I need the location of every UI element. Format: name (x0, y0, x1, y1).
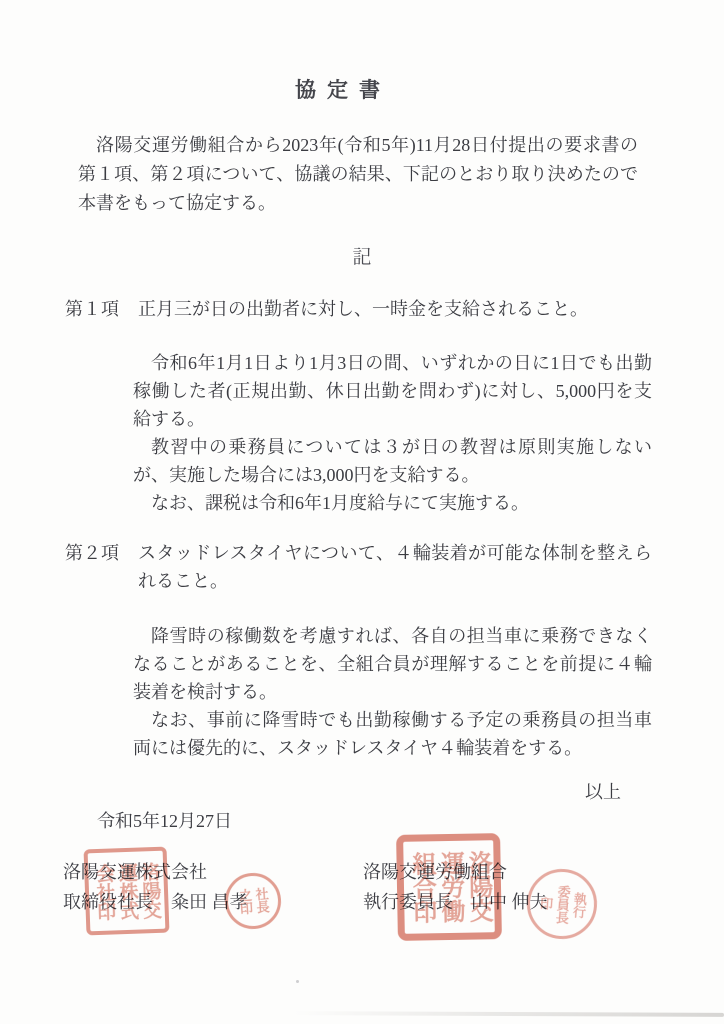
clause-1-heading: 正月三が日の出勤者に対し、一時金を支給されること。 (138, 295, 652, 323)
clause-1-paragraph-3: なお、課税は令和6年1月度給与にて実施する。 (133, 489, 652, 517)
clause-1-label: 第１項 (65, 295, 138, 323)
clause-2-paragraph-1: 降雪時の稼働数を考慮すれば、各自の担当車に乗務できなくなることがあることを、全組… (133, 622, 652, 706)
intro-paragraph: 洛陽交運労働組合から2023年(令和5年)11月28日付提出の要求書の第１項、第… (78, 131, 638, 218)
clause-2: 第２項 スタッドレスタイヤについて、４輪装着が可能な体制を整えられること。 (65, 539, 652, 595)
clause-2-detail: 降雪時の稼働数を考慮すれば、各自の担当車に乗務できなくなることがあることを、全組… (133, 622, 652, 762)
seal-text-column: 社長 (254, 887, 269, 914)
clause-2-heading: スタッドレスタイヤについて、４輪装着が可能な体制を整えられること。 (138, 539, 652, 595)
document-date: 令和5年12月27日 (97, 807, 232, 833)
agreement-document-page: 協定書 洛陽交運労働組合から2023年(令和5年)11月28日付提出の要求書の第… (0, 0, 724, 1024)
clause-2-paragraph-2: なお、事前に降雪時でも出勤稼働する予定の乗務員の担当車両には優先的に、スタッドレ… (133, 706, 652, 762)
company-name: 洛陽交運株式会社 (63, 857, 248, 887)
signature-union: 洛陽交運労働組合 執行委員長 山中 伸夫 (363, 857, 548, 917)
clause-1-detail: 令和6年1月1日より1月3日の間、いずれかの日に1日でも出勤稼働した者(正規出勤… (133, 349, 652, 517)
clause-1-paragraph-1: 令和6年1月1日より1月3日の間、いずれかの日に1日でも出勤稼働した者(正規出勤… (133, 349, 652, 433)
signature-company: 洛陽交運株式会社 取締役社長 粂田 昌孝 (63, 857, 248, 917)
union-name: 洛陽交運労働組合 (363, 857, 548, 887)
ki-marker: 記 (0, 242, 724, 269)
company-signer-line: 取締役社長 粂田 昌孝 (63, 887, 248, 917)
closing-marker: 以上 (0, 778, 621, 804)
clause-2-label: 第２項 (65, 539, 138, 567)
document-title: 協定書 (0, 74, 686, 104)
clause-1-paragraph-2: 教習中の乗務員については３が日の教習は原則実施しないが、実施した場合には3,00… (133, 433, 652, 489)
clause-1: 第１項 正月三が日の出勤者に対し、一時金を支給されること。 (65, 295, 652, 323)
seal-text-column: 執行 (571, 892, 586, 919)
union-signer-line: 執行委員長 山中 伸夫 (363, 887, 548, 917)
scan-speck (296, 980, 299, 983)
scan-paper-edge-shadow (293, 1011, 724, 1017)
seal-text-column: 委員長 (554, 884, 570, 924)
